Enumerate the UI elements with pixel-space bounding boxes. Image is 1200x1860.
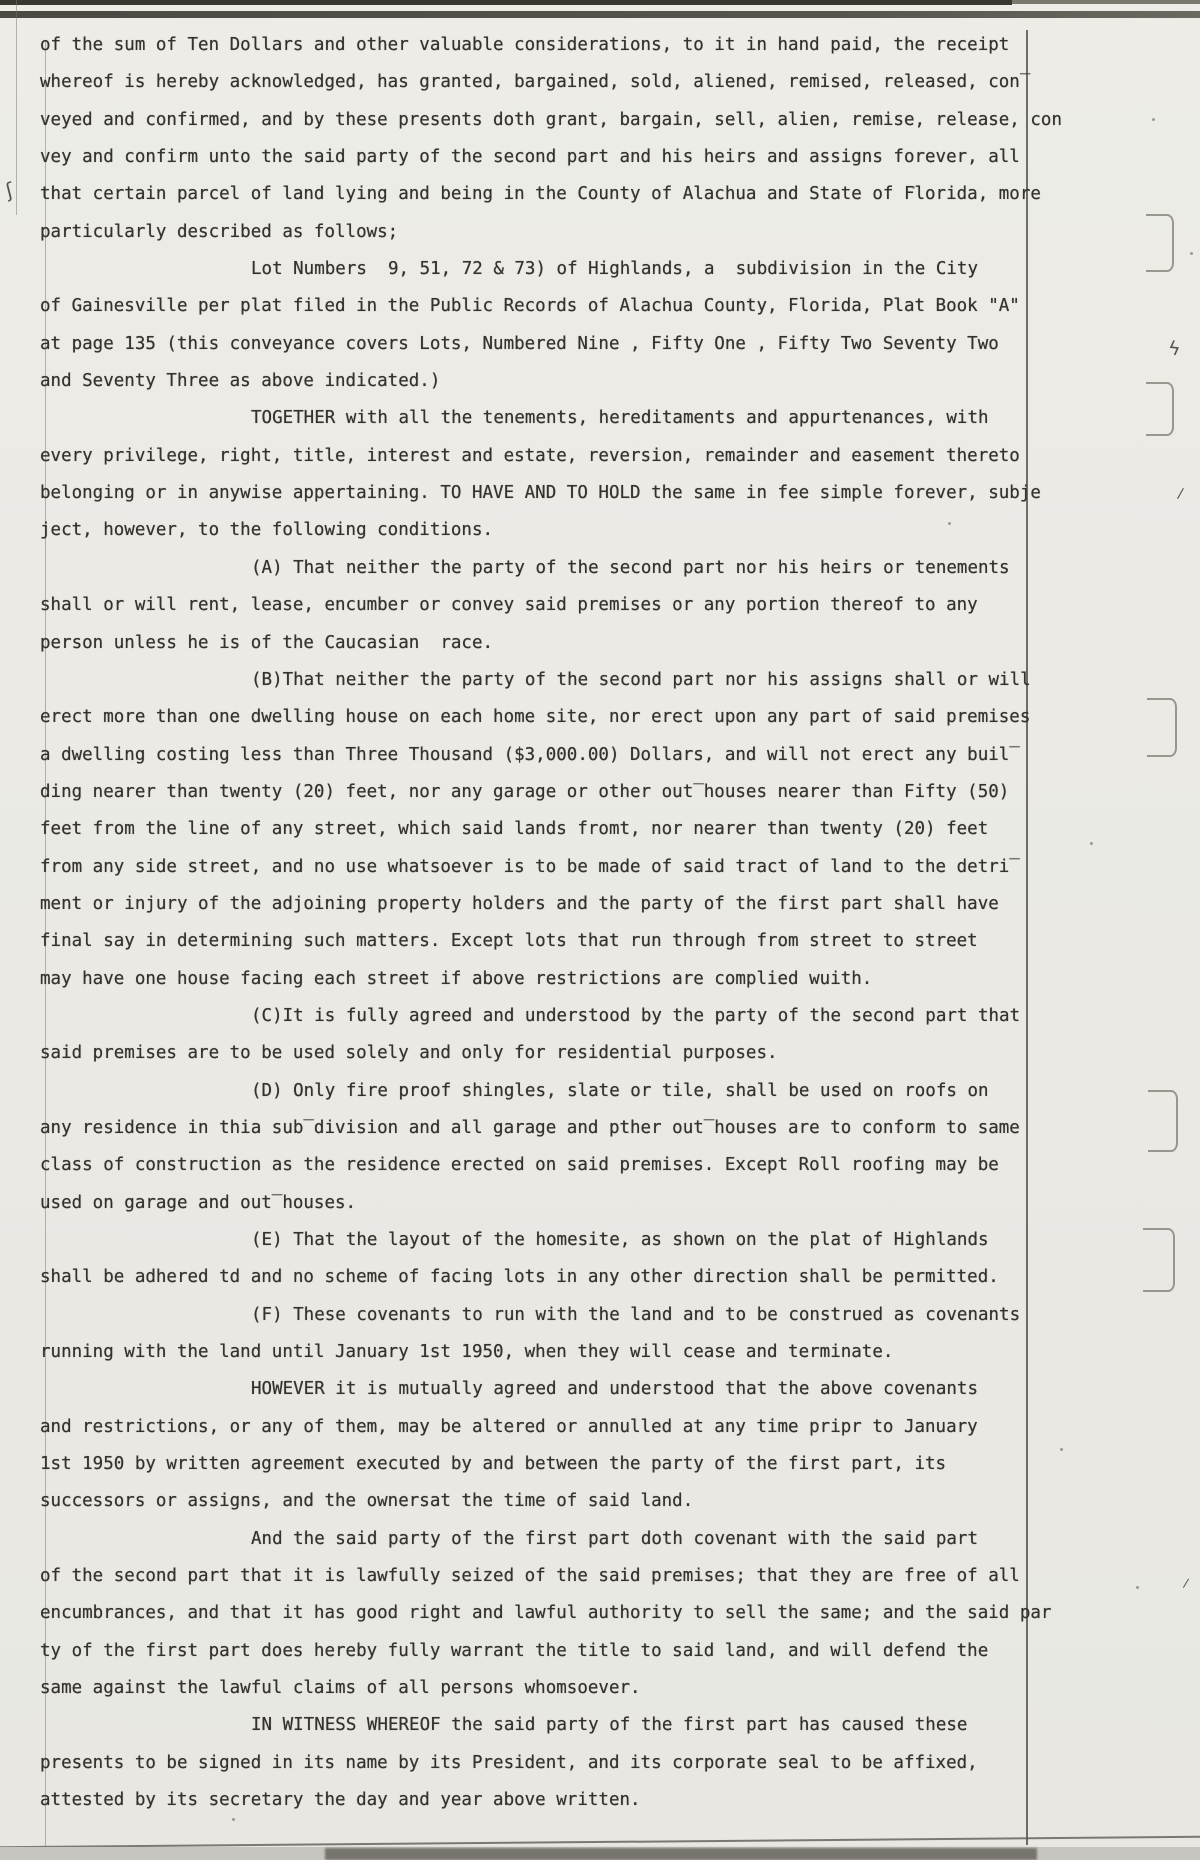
text-line: particularly described as follows; bbox=[40, 214, 1180, 251]
text-line: ty of the first part does hereby fully w… bbox=[40, 1633, 1180, 1670]
text-line: HOWEVER it is mutually agreed and unders… bbox=[40, 1371, 1180, 1408]
text-line: shall be adhered td and no scheme of fac… bbox=[40, 1259, 1180, 1296]
text-line: from any side street, and no use whatsoe… bbox=[40, 849, 1180, 886]
margin-bracket-mark bbox=[1148, 1090, 1178, 1152]
text-line: every privilege, right, title, interest … bbox=[40, 438, 1180, 475]
text-line: class of construction as the residence e… bbox=[40, 1147, 1180, 1184]
scan-speck bbox=[1060, 1448, 1063, 1451]
scanned-deed-page: of the sum of Ten Dollars and other valu… bbox=[0, 0, 1200, 1860]
text-line: TOGETHER with all the tenements, heredit… bbox=[40, 400, 1180, 437]
scan-speck bbox=[1190, 252, 1193, 255]
margin-pen-mark: ϟ bbox=[1167, 337, 1182, 360]
margin-bracket-mark bbox=[1147, 698, 1177, 757]
text-line: of the second part that it is lawfully s… bbox=[40, 1558, 1180, 1595]
document-text: of the sum of Ten Dollars and other valu… bbox=[40, 27, 1180, 1820]
text-line: (A) That neither the party of the second… bbox=[40, 550, 1180, 587]
text-line: successors or assigns, and the ownersat … bbox=[40, 1483, 1180, 1520]
scan-speck bbox=[948, 522, 951, 525]
text-line: and Seventy Three as above indicated.) bbox=[40, 363, 1180, 400]
margin-pen-mark: / bbox=[1182, 1576, 1189, 1591]
text-line: running with the land until January 1st … bbox=[40, 1334, 1180, 1371]
margin-pen-mark: ʃ bbox=[3, 178, 15, 203]
text-line: presents to be signed in its name by its… bbox=[40, 1745, 1180, 1782]
text-line: encumbrances, and that it has good right… bbox=[40, 1595, 1180, 1632]
text-line: vey and confirm unto the said party of t… bbox=[40, 139, 1180, 176]
text-line: IN WITNESS WHEREOF the said party of the… bbox=[40, 1707, 1180, 1744]
margin-bracket-mark bbox=[1146, 214, 1174, 272]
text-line: same against the lawful claims of all pe… bbox=[40, 1670, 1180, 1707]
text-line: veyed and confirmed, and by these presen… bbox=[40, 102, 1180, 139]
text-line: Lot Numbers 9, 51, 72 & 73) of Highlands… bbox=[40, 251, 1180, 288]
text-line: erect more than one dwelling house on ea… bbox=[40, 699, 1180, 736]
margin-bracket-mark bbox=[1146, 382, 1174, 436]
text-line: any residence in thia sub‾division and a… bbox=[40, 1110, 1180, 1147]
text-line: final say in determining such matters. E… bbox=[40, 923, 1180, 960]
margin-bracket-mark bbox=[1143, 1228, 1175, 1292]
left-margin-line-short bbox=[16, 0, 17, 215]
text-line: (D) Only fire proof shingles, slate or t… bbox=[40, 1073, 1180, 1110]
scan-edge-band-top bbox=[0, 0, 1012, 5]
text-line: attested by its secretary the day and ye… bbox=[40, 1782, 1180, 1819]
scan-edge-band-second bbox=[0, 11, 1200, 18]
text-line: 1st 1950 by written agreement executed b… bbox=[40, 1446, 1180, 1483]
scan-speck bbox=[912, 186, 915, 189]
text-line: And the said party of the first part dot… bbox=[40, 1521, 1180, 1558]
text-line: belonging or in anywise appertaining. TO… bbox=[40, 475, 1180, 512]
text-line: whereof is hereby acknowledged, has gran… bbox=[40, 64, 1180, 101]
text-line: ding nearer than twenty (20) feet, nor a… bbox=[40, 774, 1180, 811]
text-line: ject, however, to the following conditio… bbox=[40, 512, 1180, 549]
scan-edge-band-top-right bbox=[1012, 0, 1200, 4]
text-line: ment or injury of the adjoining property… bbox=[40, 886, 1180, 923]
text-line: that certain parcel of land lying and be… bbox=[40, 176, 1180, 213]
text-line: (F) These covenants to run with the land… bbox=[40, 1297, 1180, 1334]
text-line: (E) That the layout of the homesite, as … bbox=[40, 1222, 1180, 1259]
text-line: shall or will rent, lease, encumber or c… bbox=[40, 587, 1180, 624]
scan-speck bbox=[1152, 118, 1155, 121]
text-line: at page 135 (this conveyance covers Lots… bbox=[40, 326, 1180, 363]
text-line: (C)It is fully agreed and understood by … bbox=[40, 998, 1180, 1035]
text-line: of Gainesville per plat filed in the Pub… bbox=[40, 288, 1180, 325]
text-line: and restrictions, or any of them, may be… bbox=[40, 1409, 1180, 1446]
scan-speck bbox=[1090, 842, 1093, 845]
scan-speck bbox=[232, 1818, 235, 1821]
text-line: feet from the line of any street, which … bbox=[40, 811, 1180, 848]
text-line: of the sum of Ten Dollars and other valu… bbox=[40, 27, 1180, 64]
text-line: used on garage and out‾houses. bbox=[40, 1185, 1180, 1222]
bottom-scan-smudge bbox=[325, 1848, 1037, 1860]
text-line: said premises are to be used solely and … bbox=[40, 1035, 1180, 1072]
text-line: may have one house facing each street if… bbox=[40, 961, 1180, 998]
text-line: person unless he is of the Caucasian rac… bbox=[40, 625, 1180, 662]
text-line: (B)That neither the party of the second … bbox=[40, 662, 1180, 699]
scan-speck bbox=[1136, 1586, 1139, 1589]
text-line: a dwelling costing less than Three Thous… bbox=[40, 737, 1180, 774]
